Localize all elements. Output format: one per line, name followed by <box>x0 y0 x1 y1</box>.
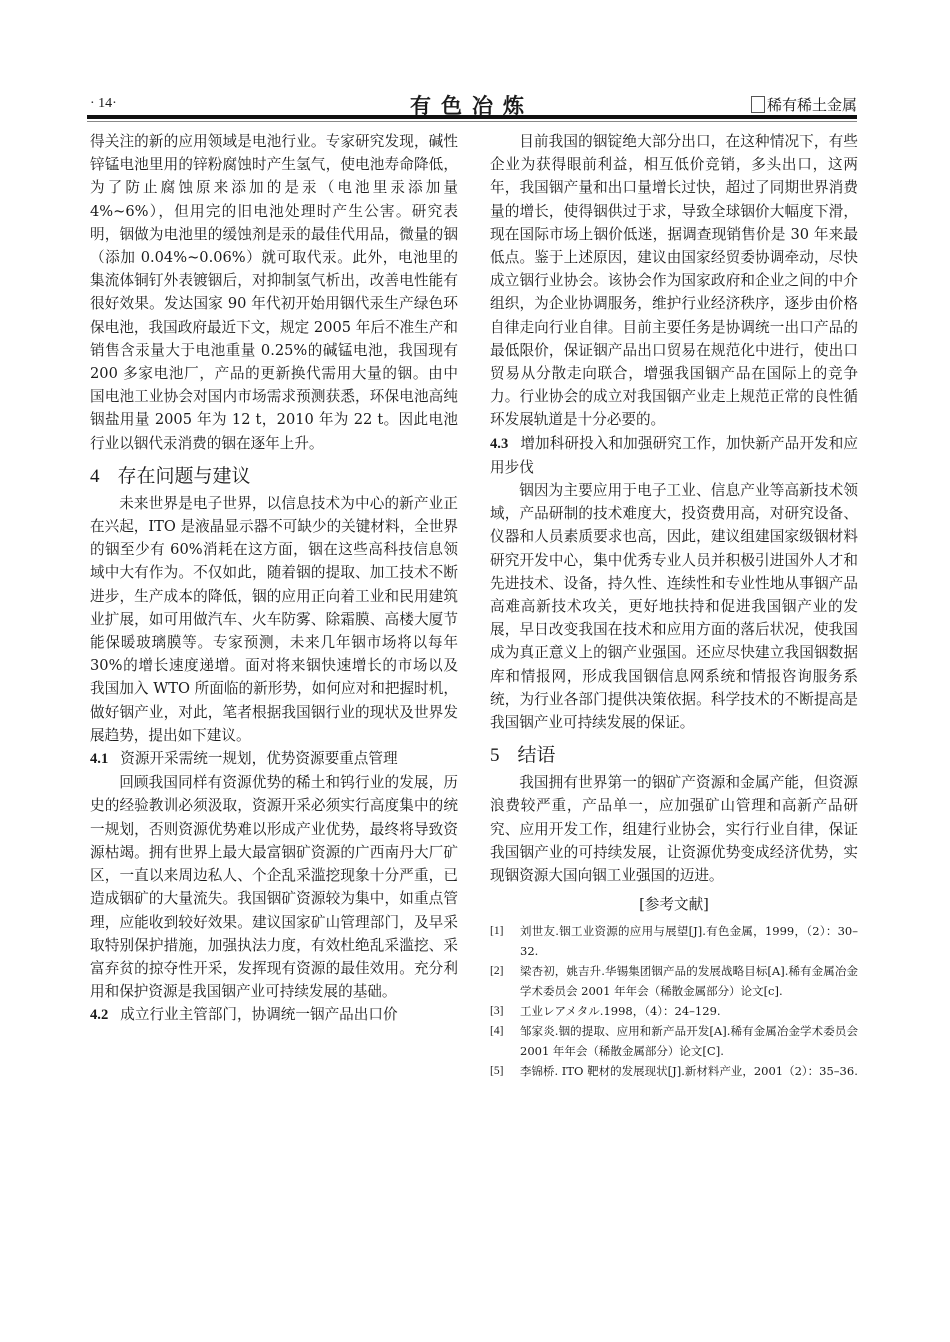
section-heading-4: 4存在问题与建议 <box>90 463 458 490</box>
paragraph: 未来世界是电子世界，以信息技术为中心的新产业正在兴起，ITO 是液晶显示器不可缺… <box>90 492 458 747</box>
reference-number: [5] <box>490 1061 520 1081</box>
references-list: [1] 刘世友.铟工业资源的应用与展望[J].有色金属，1999，（2）：30–… <box>490 921 858 1081</box>
paragraph: 我国拥有世界第一的铟矿产资源和金属产能，但资源浪费较严重，产品单一，应加强矿山管… <box>490 771 858 887</box>
reference-number: [4] <box>490 1021 520 1061</box>
section-number: 5 <box>490 745 500 766</box>
section-tag-label: 稀有稀土金属 <box>767 94 857 115</box>
subsection-title: 资源开采需统一规划，优势资源要重点管理 <box>120 750 397 767</box>
paragraph: 得关注的新的应用领域是电池行业。专家研究发现，碱性锌锰电池里用的锌粉腐蚀时产生氢… <box>90 130 458 455</box>
paragraph: 回顾我国同样有资源优势的稀土和钨行业的发展，历史的经验教训必须汲取，资源开采必须… <box>90 771 458 1003</box>
subsection-title: 增加科研投入和加强研究工作，加快新产品开发和应用步伐 <box>490 435 858 476</box>
reference-number: [1] <box>490 921 520 961</box>
reference-item: [5] 李锦桥. ITO 靶材的发展现状[J].新材料产业，2001（2）：35… <box>490 1061 858 1081</box>
header-rule-thin <box>87 121 857 122</box>
reference-item: [4] 邹家炎.铟的提取、应用和新产品开发[A].稀有金属冶金学术委员会 200… <box>490 1021 858 1061</box>
paragraph: 目前我国的铟锭绝大部分出口，在这种情况下，有些企业为获得眼前利益，相互低价竞销，… <box>490 130 858 432</box>
subsection-number: 4.2 <box>90 1007 108 1023</box>
box-icon <box>751 96 765 113</box>
reference-text: 工业レアメタル.1998，（4）：24–129. <box>520 1001 858 1021</box>
reference-item: [2] 梁杏初，姚吉升.华锡集团铟产品的发展战略目标[A].稀有金属冶金学术委员… <box>490 961 858 1001</box>
subsection-heading-4-2: 4.2成立行业主管部门，协调统一铟产品出口价 <box>90 1003 458 1027</box>
section-number: 4 <box>90 466 100 487</box>
reference-text: 梁杏初，姚吉升.华锡集团铟产品的发展战略目标[A].稀有金属冶金学术委员会 20… <box>520 961 858 1001</box>
references-title: [参考文献] <box>490 893 858 916</box>
subsection-number: 4.1 <box>90 751 108 767</box>
reference-number: [3] <box>490 1001 520 1021</box>
section-title: 存在问题与建议 <box>118 465 251 487</box>
header-rule-thick <box>87 115 857 119</box>
section-heading-5: 5结语 <box>490 742 858 769</box>
subsection-title: 成立行业主管部门，协调统一铟产品出口价 <box>120 1006 397 1023</box>
paragraph: 铟因为主要应用于电子工业、信息产业等高新技术领域，产品研制的技术难度大，投资费用… <box>490 479 858 734</box>
reference-text: 邹家炎.铟的提取、应用和新产品开发[A].稀有金属冶金学术委员会 2001 年年… <box>520 1021 858 1061</box>
reference-text: 刘世友.铟工业资源的应用与展望[J].有色金属，1999，（2）：30–32. <box>520 921 858 961</box>
page-header: · 14· 有色冶炼 稀有稀土金属 <box>87 90 857 118</box>
reference-item: [3] 工业レアメタル.1998，（4）：24–129. <box>490 1001 858 1021</box>
reference-number: [2] <box>490 961 520 1001</box>
subsection-heading-4-1: 4.1资源开采需统一规划，优势资源要重点管理 <box>90 747 458 771</box>
subsection-number: 4.3 <box>490 436 508 452</box>
reference-text: 李锦桥. ITO 靶材的发展现状[J].新材料产业，2001（2）：35–36. <box>520 1061 858 1081</box>
subsection-heading-4-3: 4.3增加科研投入和加强研究工作，加快新产品开发和应用步伐 <box>490 432 858 479</box>
left-column: 得关注的新的应用领域是电池行业。专家研究发现，碱性锌锰电池里用的锌粉腐蚀时产生氢… <box>90 130 458 1028</box>
section-tag: 稀有稀土金属 <box>751 94 857 115</box>
section-title: 结语 <box>518 744 556 766</box>
reference-item: [1] 刘世友.铟工业资源的应用与展望[J].有色金属，1999，（2）：30–… <box>490 921 858 961</box>
right-column: 目前我国的铟锭绝大部分出口，在这种情况下，有些企业为获得眼前利益，相互低价竞销，… <box>490 130 858 1081</box>
